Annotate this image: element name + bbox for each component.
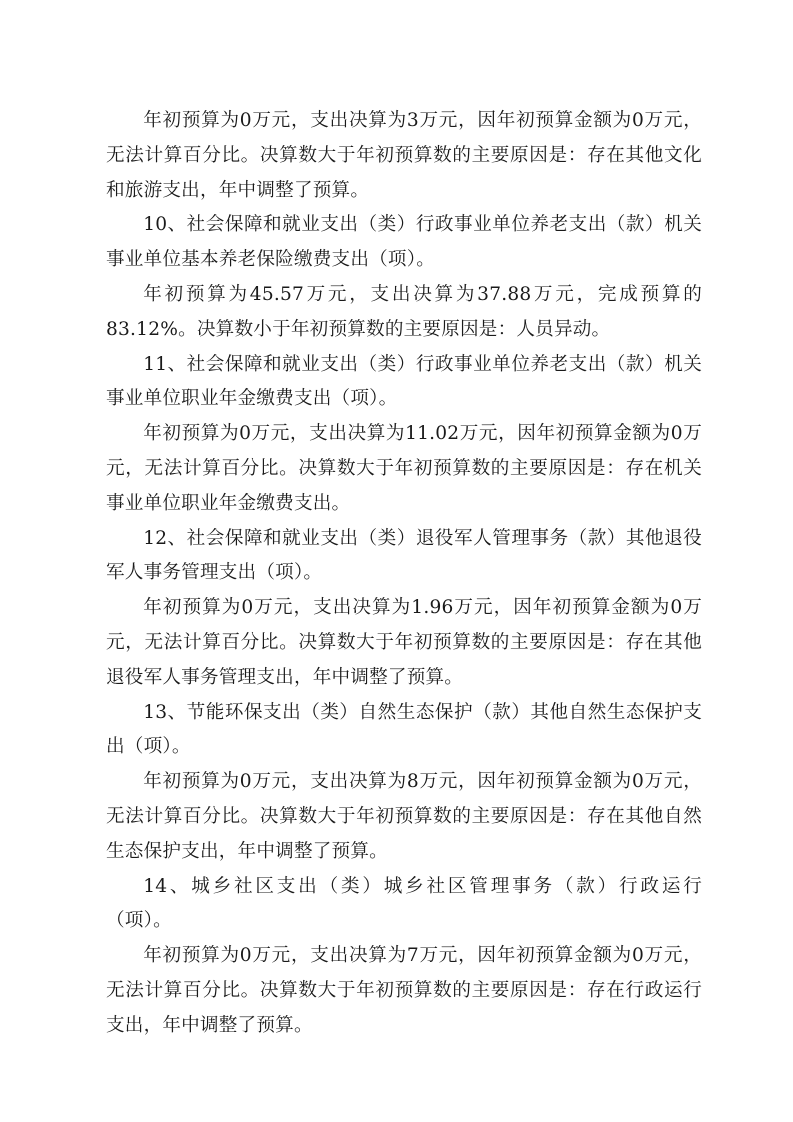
- paragraph-budget-culture-tourism: 年初预算为0万元，支出决算为3万元，因年初预算金额为0万元，无法计算百分比。决算…: [106, 104, 702, 208]
- document-page: 年初预算为0万元，支出决算为3万元，因年初预算金额为0万元，无法计算百分比。决算…: [106, 104, 702, 1044]
- paragraph-item-12-detail: 年初预算为0万元，支出决算为1.96万元，因年初预算金额为0万元，无法计算百分比…: [106, 591, 702, 695]
- paragraph-item-12-heading: 12、社会保障和就业支出（类）退役军人管理事务（款）其他退役军人事务管理支出（项…: [106, 522, 702, 592]
- paragraph-item-14-heading: 14、城乡社区支出（类）城乡社区管理事务（款）行政运行（项）。: [106, 870, 702, 940]
- paragraph-item-13-detail: 年初预算为0万元，支出决算为8万元，因年初预算金额为0万元，无法计算百分比。决算…: [106, 765, 702, 869]
- paragraph-item-14-detail: 年初预算为0万元，支出决算为7万元，因年初预算金额为0万元，无法计算百分比。决算…: [106, 939, 702, 1043]
- paragraph-item-13-heading: 13、节能环保支出（类）自然生态保护（款）其他自然生态保护支出（项）。: [106, 696, 702, 766]
- paragraph-item-11-heading: 11、社会保障和就业支出（类）行政事业单位养老支出（款）机关事业单位职业年金缴费…: [106, 348, 702, 418]
- paragraph-item-10-heading: 10、社会保障和就业支出（类）行政事业单位养老支出（款）机关事业单位基本养老保险…: [106, 208, 702, 278]
- paragraph-item-10-detail: 年初预算为45.57万元，支出决算为37.88万元，完成预算的83.12%。决算…: [106, 278, 702, 348]
- paragraph-item-11-detail: 年初预算为0万元，支出决算为11.02万元，因年初预算金额为0万元，无法计算百分…: [106, 417, 702, 521]
